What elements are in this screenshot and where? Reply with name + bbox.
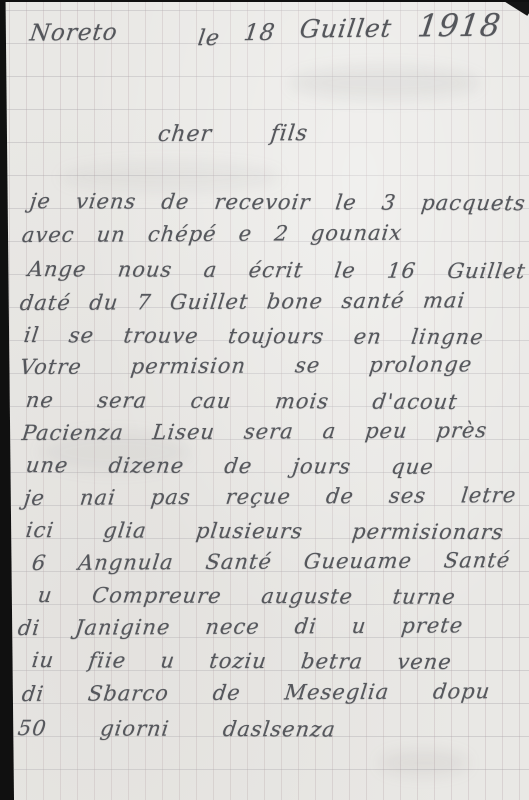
- letter-line: Votre permision se prolonge: [19, 352, 474, 379]
- letter-line: Ange nous a écrit le 16 Guillet: [26, 257, 527, 283]
- letter-line: 50 giorni daslsenza: [16, 716, 337, 742]
- paper-smudge: [60, 162, 280, 192]
- letter-page: Noreto le 18 Guillet 1918 cher fils je v…: [0, 2, 529, 800]
- scan-corner-artifact: [505, 0, 529, 16]
- letter-place: Noreto: [28, 20, 119, 47]
- letter-date-year: 1918: [416, 8, 504, 45]
- scan-backdrop: Noreto le 18 Guillet 1918 cher fils je v…: [0, 0, 529, 800]
- letter-line: daté du 7 Guillet bone santé mai: [19, 288, 467, 315]
- letter-line: iu fiie u toziu betra vene: [30, 648, 453, 674]
- letter-line: une dizene de jours que: [24, 453, 435, 479]
- letter-line: 6 Angnula Santé Gueuame Santé: [31, 548, 512, 575]
- letter-date-month: Guillet: [298, 14, 394, 44]
- letter-line: il se trouve toujours en lingne: [22, 323, 485, 349]
- letter-line: Pacienza Liseu sera a peu près: [21, 418, 489, 445]
- letter-line: je viens de recevoir le 3 pacquets: [28, 189, 527, 215]
- paper-smudge: [379, 750, 469, 776]
- letter-salutation: cher fils: [157, 121, 310, 147]
- letter-line: di Janigine nece di u prete: [17, 613, 465, 640]
- letter-line: ici glia plusieurs permisionars: [24, 518, 505, 544]
- letter-line: u Compreure auguste turne: [36, 583, 457, 609]
- paper-smudge: [290, 66, 480, 100]
- letter-line: je nai pas reçue de ses letre: [23, 483, 518, 510]
- letter-line: avec un chépé e 2 gounaix: [21, 221, 404, 247]
- letter-date-article: le: [196, 26, 221, 51]
- letter-line: di Sbarco de Meseglia dopu: [21, 679, 492, 706]
- letter-line: ne sera cau mois d'acout: [24, 388, 459, 414]
- letter-date-day: 18: [242, 20, 277, 46]
